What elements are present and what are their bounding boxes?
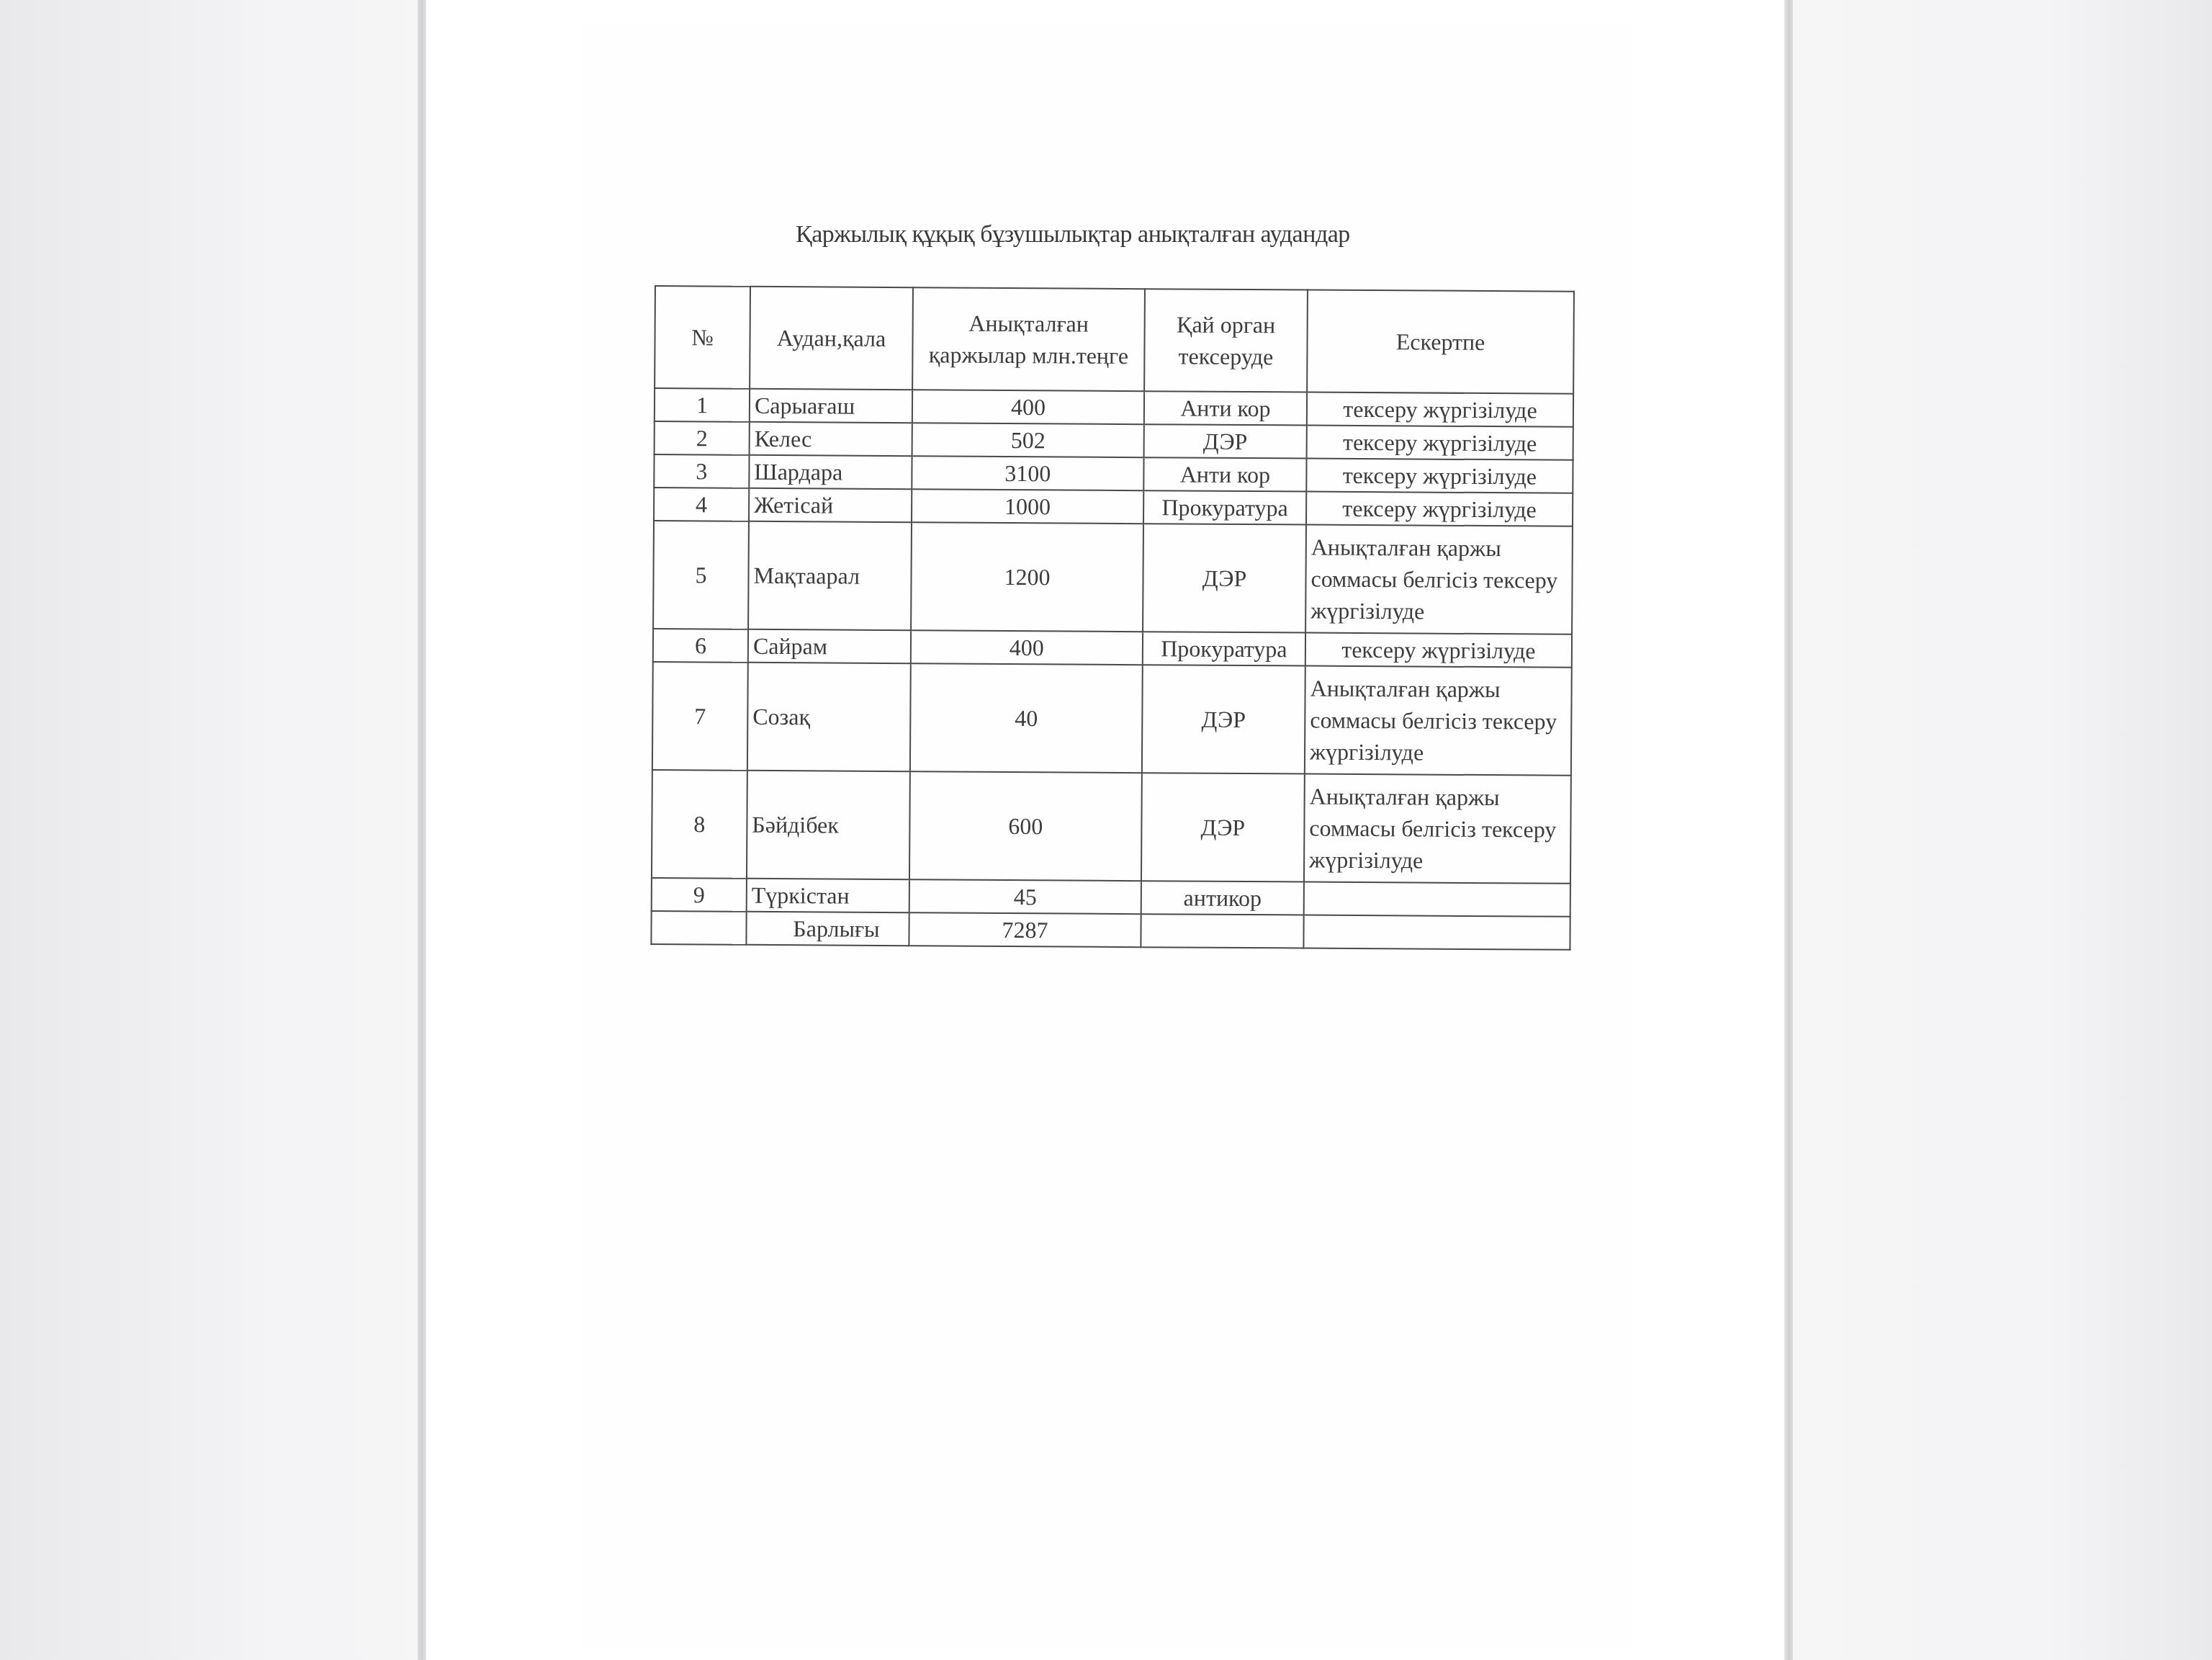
table-row: 3Шардара3100Анти кортексеру жүргізілуде <box>654 454 1573 493</box>
row-number: 3 <box>654 454 749 488</box>
row-amount: 1000 <box>912 489 1143 524</box>
row-amount: 45 <box>909 879 1141 914</box>
row-number: 8 <box>652 770 747 879</box>
page-edge-left <box>418 0 426 1660</box>
row-number: 7 <box>652 662 748 771</box>
row-note: тексеру жүргізілуде <box>1306 459 1573 493</box>
row-note: тексеру жүргізілуде <box>1306 492 1573 526</box>
total-row: Барлығы7287 <box>651 911 1570 950</box>
row-amount: 1200 <box>911 522 1143 632</box>
row-number: 4 <box>654 488 749 521</box>
row-district: Бәйдібек <box>747 771 910 879</box>
table-row: 6Сайрам400Прокуратуратексеру жүргізілуде <box>653 629 1572 668</box>
row-amount: 400 <box>912 390 1144 424</box>
row-organ: Анти кор <box>1144 391 1307 425</box>
row-number: 1 <box>655 388 750 422</box>
row-organ: ДЭР <box>1142 665 1305 773</box>
table-row: 7Созақ40ДЭРАнықталған қаржы соммасы белг… <box>652 662 1572 776</box>
document-title: Қаржылық құқық бұзушылықтар анықталған а… <box>796 221 1588 248</box>
row-district: Шардара <box>749 455 912 489</box>
row-district: Сарыағаш <box>750 389 912 423</box>
total-empty-note <box>1303 915 1570 950</box>
row-district: Созақ <box>747 663 911 771</box>
row-amount: 400 <box>911 630 1143 665</box>
row-organ: Прокуратура <box>1143 490 1306 524</box>
row-number: 2 <box>655 421 750 455</box>
document-page: Қаржылық құқық бұзушылықтар анықталған а… <box>426 0 1784 1660</box>
row-amount: 600 <box>909 771 1142 881</box>
row-note: тексеру жүргізілуде <box>1307 392 1573 427</box>
total-label: Барлығы <box>746 912 909 946</box>
row-note: Анықталған қаржы соммасы белгісіз тексер… <box>1305 666 1572 776</box>
total-empty-organ <box>1141 914 1303 948</box>
table-row: 9Түркістан45антикор <box>652 878 1570 917</box>
row-organ: Анти кор <box>1143 457 1306 491</box>
row-note: тексеру жүргізілуде <box>1307 426 1573 460</box>
page-edge-right <box>1784 0 1793 1660</box>
row-number: 9 <box>652 878 747 912</box>
row-note <box>1304 882 1570 917</box>
header-note: Ескертпе <box>1307 290 1574 394</box>
row-note: Анықталған қаржы соммасы белгісіз тексер… <box>1304 774 1571 884</box>
table-row: 1Сарыағаш400Анти кортексеру жүргізілуде <box>655 388 1573 427</box>
header-number: № <box>655 286 750 389</box>
row-district: Түркістан <box>747 879 909 912</box>
total-amount: 7287 <box>909 912 1141 947</box>
table-row: 2Келес502ДЭРтексеру жүргізілуде <box>655 421 1573 460</box>
table-row: 4Жетісай1000Прокуратуратексеру жүргізілу… <box>654 488 1573 526</box>
row-organ: Прокуратура <box>1143 632 1305 665</box>
row-district: Сайрам <box>748 629 911 663</box>
row-district: Мақтаарал <box>748 521 912 630</box>
header-amount: Анықталған қаржылар млн.теңге <box>912 287 1145 391</box>
total-empty-number <box>651 911 746 945</box>
row-organ: ДЭР <box>1144 424 1307 458</box>
row-organ: ДЭР <box>1143 524 1306 632</box>
header-district: Аудан,қала <box>750 287 913 390</box>
row-note: Анықталған қаржы соммасы белгісіз тексер… <box>1305 525 1573 634</box>
row-amount: 40 <box>910 663 1143 773</box>
table-row: 5Мақтаарал1200ДЭРАнықталған қаржы соммас… <box>653 521 1573 634</box>
row-amount: 3100 <box>912 456 1143 490</box>
viewer-background-right <box>1822 0 2212 1660</box>
row-number: 5 <box>653 521 749 629</box>
row-district: Жетісай <box>749 488 912 522</box>
row-note: тексеру жүргізілуде <box>1305 633 1572 668</box>
table-body: 1Сарыағаш400Анти кортексеру жүргізілуде2… <box>651 388 1573 950</box>
row-number: 6 <box>653 629 748 663</box>
row-amount: 502 <box>912 423 1144 457</box>
header-organ: Қай орган тексеруде <box>1144 289 1308 392</box>
table-row: 8Бәйдібек600ДЭРАнықталған қаржы соммасы … <box>652 770 1571 884</box>
table-header-row: № Аудан,қала Анықталған қаржылар млн.тең… <box>655 286 1574 394</box>
row-organ: ДЭР <box>1141 773 1305 881</box>
row-organ: антикор <box>1141 881 1304 915</box>
districts-table: № Аудан,қала Анықталған қаржылар млн.тең… <box>650 285 1575 951</box>
row-district: Келес <box>750 422 912 456</box>
